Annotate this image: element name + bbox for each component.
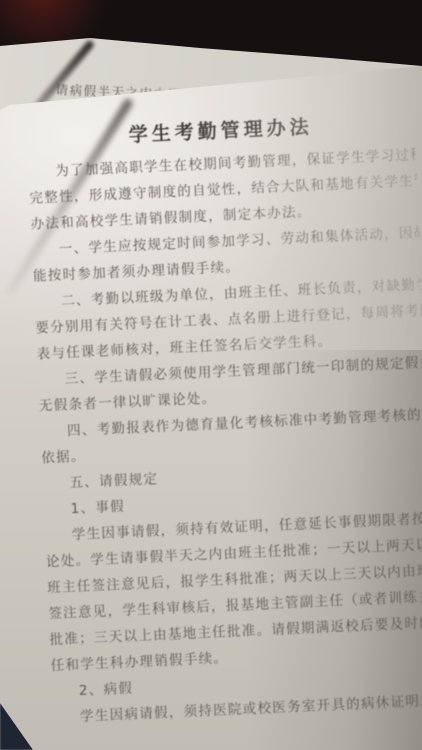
document-text-block: 学生考勤管理办法 为了加强高职学生在校期间考勤管理，保证学生学习过程的 完整性，… bbox=[26, 107, 422, 731]
document-sheet: 学生考勤管理办法 为了加强高职学生在校期间考勤管理，保证学生学习过程的 完整性，… bbox=[0, 0, 422, 750]
document-photo: 请病假半天之内由班主任批准 学生考勤管理办法 为了加强高职学生在校期间考勤管理，… bbox=[0, 0, 422, 750]
